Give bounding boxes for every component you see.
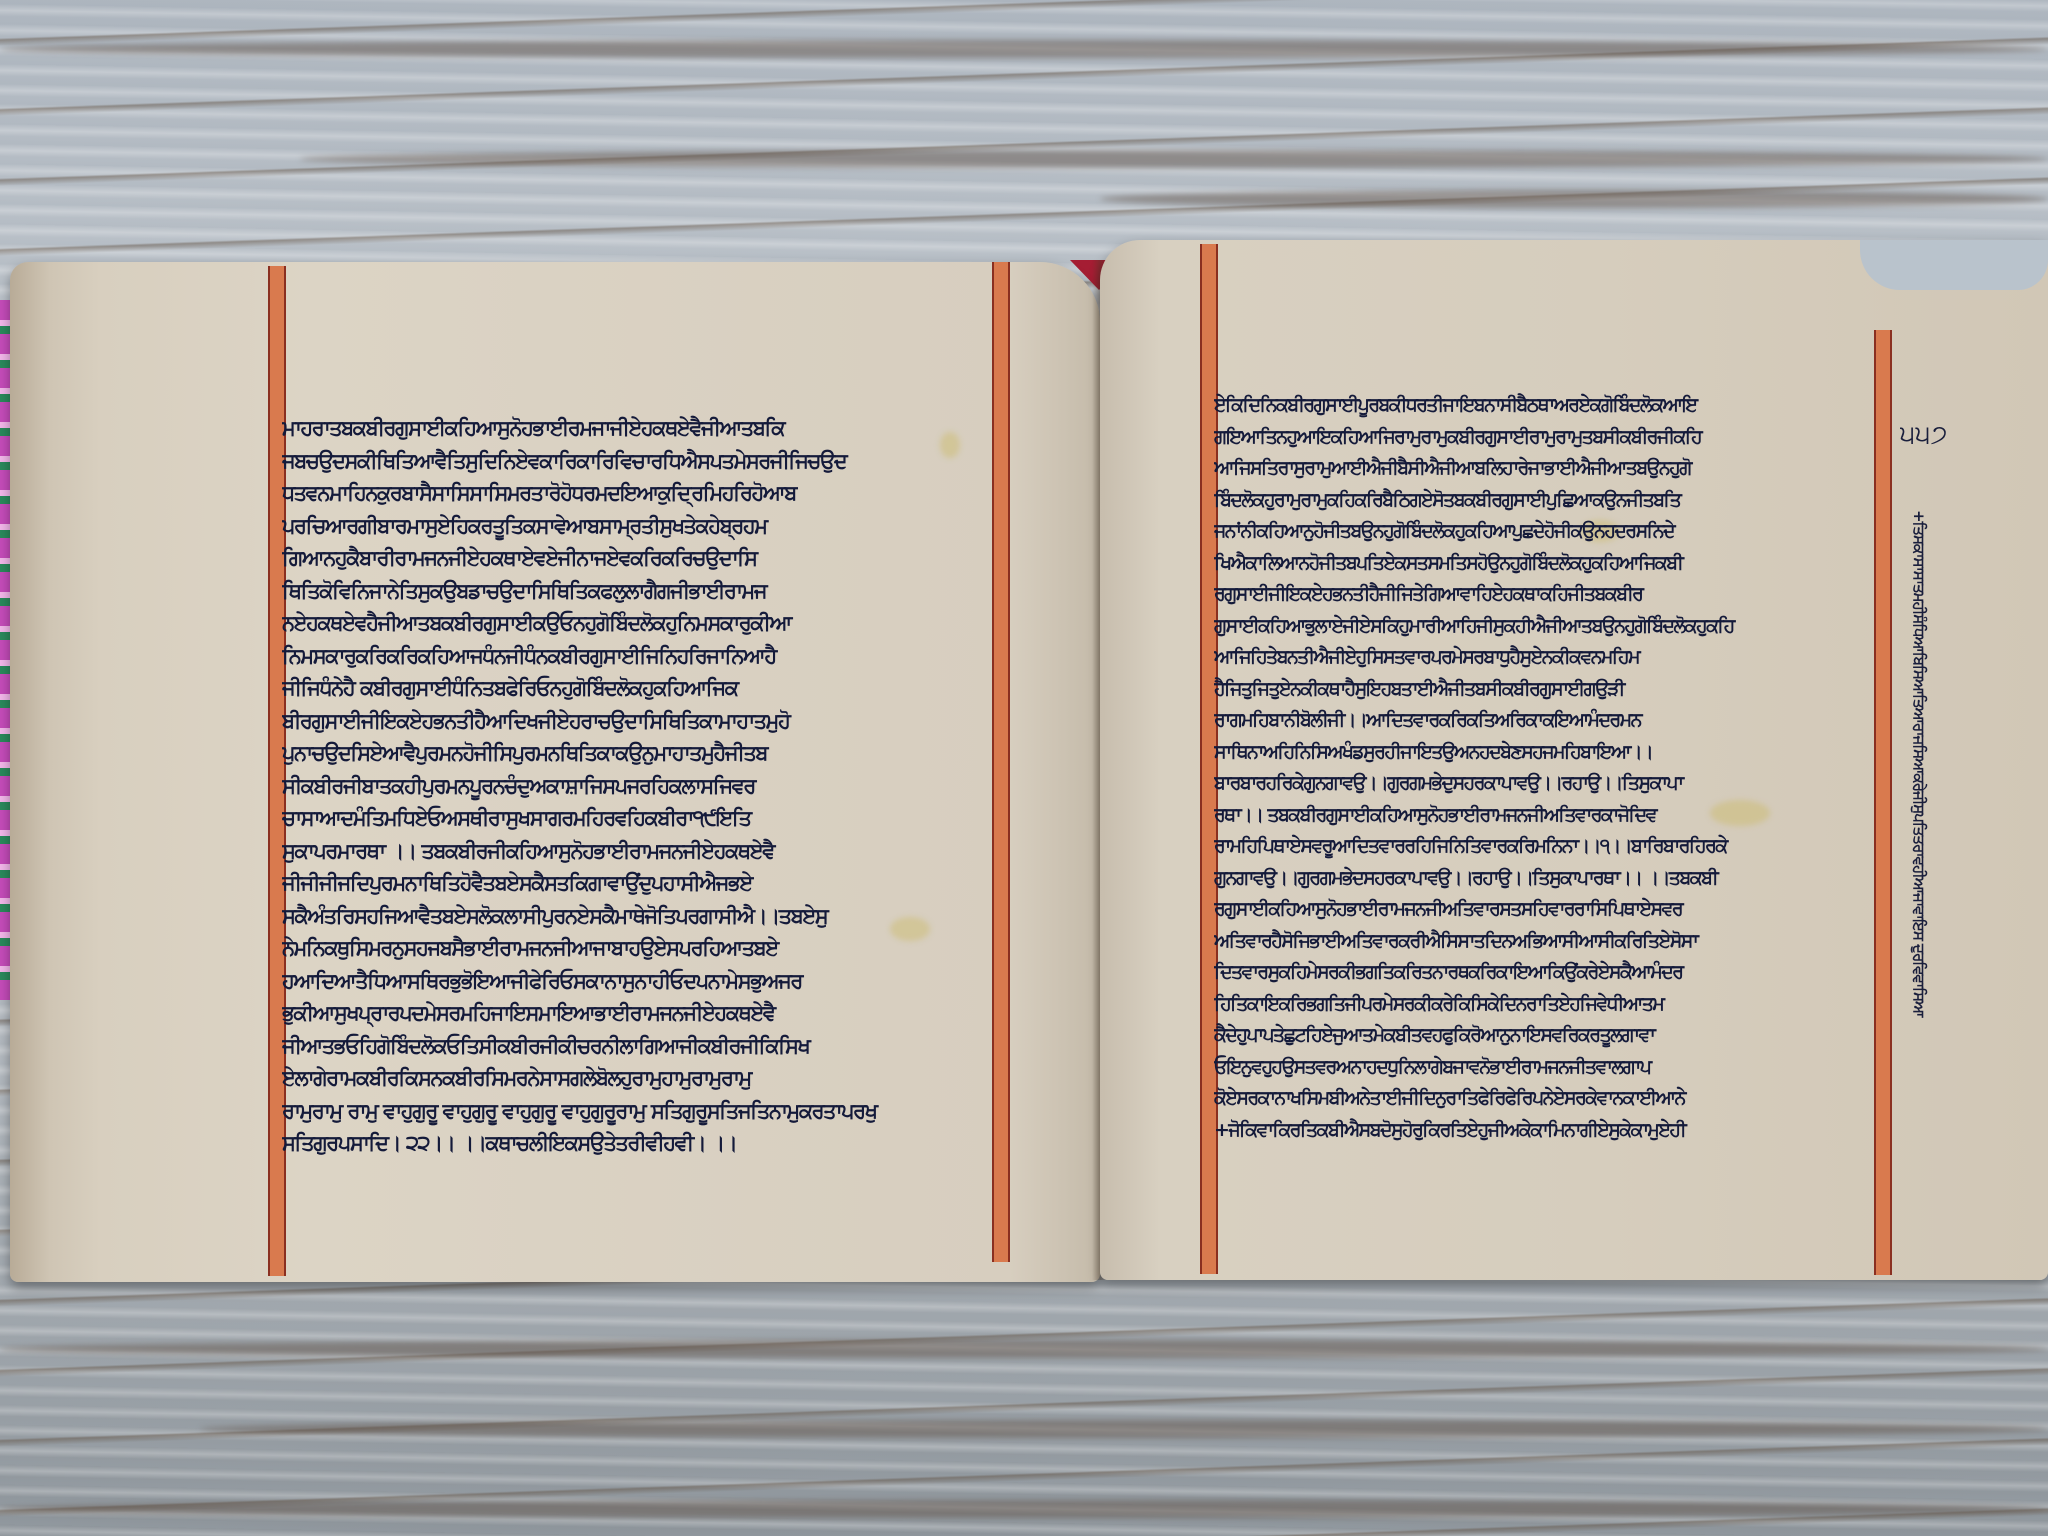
text-line: ਸਤਿਗੁਰਪਸਾਦਿ। ੨੨।। ।।ਕਥਾਚਲੀਇਕਸਉਤੇਤਰੀਵੀਹਵੀ…	[282, 1127, 1002, 1160]
right-page-text: ਏਕਿਦਿਨਿਕਬੀਰਗੁਸਾਈਪੂਰਬਕੀਧਰਤੀਜਾਇਬਨਾਸੀਬੈਠਥਾਅ…	[1214, 390, 1874, 1146]
text-line: ਰਾਮਹਿਪਿਥਾਏਸਵਰੂਆਦਿਤਵਾਰਰਹਿਜਿਨਿਤਿਵਾਰਕਰਿਮਨਿਨ…	[1214, 831, 1874, 863]
text-line: ਓਇਨੁਵਹੁਹਉਸਤਵਰਅਨਾਹਦਧੁਨਿਲਾਗੇਬਜਾਵਨੋਭਾਈਰਾਮਜਨ…	[1214, 1052, 1874, 1084]
text-line: ਸਾਥਿਨਾਅਹਿਨਿਸਿਅਖੰਡਸੁਰਹੀਜਾਇਤਉਅਨਹਦਬੇਣਸਹਜਮਹਿ…	[1214, 737, 1874, 769]
text-line: ਏਲਾਗੇਰਾਮਕਬੀਰਕਿਸਨਕਬੀਰਸਿਮਰਨੇਸਾਸਗਲੇਬੋਲਹੁਰਾਮ…	[282, 1062, 1002, 1095]
text-line: ਜਨਾਂਨੀਕਹਿਆਨੁਹੋਜੀਤਬਉਨਹੁਗੋਬਿੰਦਲੋਕਹੁਕਹਿਆਪੁਛ…	[1214, 516, 1874, 548]
text-line: ਗਇਆਤਿਨਹੁਆਇਕਹਿਆਜਿਰਾਮੁਰਾਮੁਕਬੀਰਗੁਸਾਈਰਾਮੁਰਾਮ…	[1214, 422, 1874, 454]
text-line: ਬੀਰਗੁਸਾਈਜੀਇਕਏਹਭਨਤੀਹੈਆਦਿਖਜੀਏਹਰਾਚਉਦਾਸਿਥਿਤਿ…	[282, 705, 1002, 738]
text-line: ਕੈਦੇਹੁਪਾਪਤੇਛੁਟਹਿਏਜੁਆਤਮੇਕਬੀਤਵਹਫੁਕਿਰੋਆਨੁਨਾ…	[1214, 1020, 1874, 1052]
text-line: ਹਆਦਿਆਤੈਧਿਆਸਥਿਰਭੁਭੋਇਆਜੀਫੇਰਿਓਸਕਾਨਾਸੁਨਾਹੀਓਦ…	[282, 965, 1002, 998]
text-line: ਆਜਿਹਿਤੇਬਨਤੀਐਜੀਏਹੁਸਿਸਤਵਾਰਪਰਮੇਸਰਬਾਧੁਹੈਸੁਏਨ…	[1214, 642, 1874, 674]
text-line: ਦਿਤਵਾਰਸੁਕਹਿਮੇਸਰਕੀਭਗਤਿਕਰਿਤਨਾਰਥਕਰਿਕਾਇਆਕਿਉਂ…	[1214, 957, 1874, 989]
text-line: ਸਕੈਅੰਤਰਿਸਹਜਿਆਵੈਤਬਏਸਲੋਕਲਾਸੀਪੁਰਨਏਸਕੈਮਾਥੇਜੋ…	[282, 900, 1002, 933]
text-line: ਗੁਸਾਈਕਹਿਆਭੁਲਾਏਜੀਏਸਕਿਹੁਮਾਰੀਆਹਿਜੀਸੁਕਹੀਐਜੀਆ…	[1214, 611, 1874, 643]
wood-grain	[0, 1340, 2048, 1358]
torn-corner	[1860, 240, 2048, 290]
text-line: ਖਿਐਕਾਲਿਆਨਹੋਜੀਤਬਪਤਿਏਕਸਤਸਮਤਿਸਹੋਉਨਹੁਗੋਬਿੰਦਲ…	[1214, 548, 1874, 580]
page-number: ੫੫੭	[1900, 420, 1947, 451]
text-line: ਹੈਜਿਤੁਜਿਤੁਏਨਕੀਕਥਾਹੈਸੁਇਹਬਤਾਈਐਜੀਤਬਸੀਕਬੀਰਗੁ…	[1214, 674, 1874, 706]
text-line: ਸੁਕਾਪਰਮਾਰਥਾ ।। ਤਬਕਬੀਰਜੀਕਹਿਆਸੁਨੋਹਭਾਈਰਾਮਜਨ…	[282, 835, 1002, 868]
text-line: ਹਿਤਿਕਾਇਕਰਿਭਗਤਿਜੀਪਰਮੇਸਰਕੀਕਰੇਕਿਸਿਕੇਦਿਨਰਾਤਿ…	[1214, 989, 1874, 1021]
text-line: ਰਗੁਸਾਈਕਹਿਆਸੁਨੋਹਭਾਈਰਾਮਜਨਜੀਅਤਿਵਾਰਸਤਸਹਿਵਾਰਰ…	[1214, 894, 1874, 926]
text-line: ਆਜਿਸਤਿਰਾਸੁਰਾਮੁਆਈਐਜੀਬੈਸੀਐਜੀਆਬਲਿਹਾਰੇਜਾਭਾਈਐ…	[1214, 453, 1874, 485]
text-line: ਰਗੁਸਾਈਜੀਇਕਏਹਭਨਤੀਹੈਜੀਜਿਤੇਗਿਆਵਾਹਿਏਹਕਥਾਕਹਿਜ…	[1214, 579, 1874, 611]
text-line: +ਜੋਕਿਵਾਕਿਰਤਿਕਬੀਐਸਬਦੋਸੁਹੋਰੁਕਿਰਤਿਏਹੁਜੀਅਕੇਕ…	[1214, 1115, 1874, 1147]
open-manuscript: ਮਾਹਰਾਤਬਕਬੀਰਗੁਸਾਈਕਹਿਆਸੁਨੋਹਭਾਈਰਮਜਾਜੀਏਹਕਥਏਵ…	[10, 240, 2048, 1290]
text-line: ਚਾਸਾਆਦਮੰਤਿਮਧਿਏਓਅਸਥੀਰਾਸੁਖਸਾਗਰਮਹਿਰਵਹਿਕਬੀਰਾ…	[282, 802, 1002, 835]
wood-grain	[200, 1420, 2048, 1438]
text-line: ਬਾਰਬਾਰਹਰਿਕੇਗੁਨਗਾਵਉ।।ਗੁਰਗਮਭੇਦੁਸਹਰਕਾਪਾਵਉ।।…	[1214, 768, 1874, 800]
text-line: ਥਿਤਿਕੋਵਿਨਿਜਾਨੇਤਿਸੁਕਉਬਡਾਚਉਦਾਸਿਥਿਤਿਕਫਲੁਲਾਗ…	[282, 575, 1002, 608]
left-page: ਮਾਹਰਾਤਬਕਬੀਰਗੁਸਾਈਕਹਿਆਸੁਨੋਹਭਾਈਰਮਜਾਜੀਏਹਕਥਏਵ…	[10, 262, 1100, 1282]
text-line: ਭੁਕੀਆਸੁਖਪ੍ਰਾਰਪਦਮੇਸਰਮਹਿਜਾਇਸਮਾਇਆਭਾਈਰਾਮਜਨਜੀ…	[282, 997, 1002, 1030]
text-line: ਜੀਆਤਭਓਹਿਗੋਬਿੰਦਲੋਕਓਤਿਸੀਕਬੀਰਜੀਕੀਚਰਨੀਲਾਗਿਆਜ…	[282, 1030, 1002, 1063]
margin-side-note: +ਤਿਸਕਾਸਾਸਾਤਮਹੀਸੰਧਿਆਬਿਸਿਆਤਿਆਰਾਜਸਿਆਕਰੇਜੀਸੁ…	[1910, 510, 1928, 1016]
left-page-text: ਮਾਹਰਾਤਬਕਬੀਰਗੁਸਾਈਕਹਿਆਸੁਨੋਹਭਾਈਰਮਜਾਜੀਏਹਕਥਏਵ…	[282, 412, 1002, 1160]
text-line: ਨੇਮਨਿਕਥੁਸਿਮਰਨੁਸਹਜਬਸੈਭਾਈਰਾਮਜਨਜੀਆਜਾਬਾਹਉਏਸਪ…	[282, 932, 1002, 965]
text-line: ਏਕਿਦਿਨਿਕਬੀਰਗੁਸਾਈਪੂਰਬਕੀਧਰਤੀਜਾਇਬਨਾਸੀਬੈਠਥਾਅ…	[1214, 390, 1874, 422]
text-line: ਪਰਚਿਆਰਗੀਬਾਰਮਾਸੁਏਹਿਕਰਤੂਤਿਕਸਾਵੇਆਬਸਾਮ੍ਰਤੀਸੁ…	[282, 510, 1002, 543]
wood-grain	[300, 150, 2048, 168]
text-line: ਪੁਨਾਚਉਦਸਿਏਆਵੈਪੁਰਮਨਹੋਜੀਸਿਪੁਰਮਨਥਿਤਿਕਾਕਉਨੁਮ…	[282, 737, 1002, 770]
wood-grain	[0, 40, 2048, 58]
text-line: ਰਾਗਮਹਿਬਾਨੀਬੋਲੀਜੀ।।ਆਦਿਤਵਾਰਕਰਿਕਤਿਅਰਿਕਾਕਇਆਮ…	[1214, 705, 1874, 737]
text-line: ਅਤਿਵਾਰਹੈਸੋਜਿਭਾਈਅਤਿਵਾਰਕਰੀਐਸਿਸਾਤਦਿਨਅਭਿਆਸੀਆ…	[1214, 926, 1874, 958]
right-page: ੫੫੭ ਏਕਿਦਿਨਿਕਬੀਰਗੁਸਾਈਪੂਰਬਕੀਧਰਤੀਜਾਇਬਨਾਸੀਬੈ…	[1100, 240, 2048, 1280]
text-line: ਮਾਹਰਾਤਬਕਬੀਰਗੁਸਾਈਕਹਿਆਸੁਨੋਹਭਾਈਰਮਜਾਜੀਏਹਕਥਏਵ…	[282, 412, 1002, 445]
right-margin-rule	[1874, 330, 1892, 1275]
text-line: ਸੀਕਬੀਰਜੀਬਾਤਕਹੀਪੁਰਮਨਪੂਰਨਚੰਦੁਅਕਾਸ਼ਾਜਿਸਪਜਰਹ…	[282, 770, 1002, 803]
text-line: ਬਿੰਦਲੋਕਹੁਰਾਮੁਰਾਮੁਕਹਿਕਰਿਬੈਠਿਗਏਸੋਤਬਕਬੀਰਗੁਸ…	[1214, 485, 1874, 517]
text-line: ਨਏਹਕਥਏਵਹੈਜੀਆਤਬਕਬੀਰਗੁਸਾਈਕਉਓਨਹੁਗੋਬਿੰਦਲੋਕਹੁ…	[282, 607, 1002, 640]
wood-grain	[0, 1500, 2048, 1518]
wood-grain	[1100, 190, 2048, 208]
text-line: ਨਿਮਸਕਾਰੁਕਰਿਕਰਿਕਹਿਆਜਧੰਨਜੀਧੰਨਕਬੀਰਗੁਸਾਈਜਿਨਿ…	[282, 640, 1002, 673]
text-line: ਰਾਮੁਰਾਮੁ ਰਾਮੁ ਵਾਹੁਗੁਰੂ ਵਾਹੁਗੁਰੂ ਵਾਹੁਗੁਰੂ…	[282, 1095, 1002, 1128]
text-line: ਕੋਏਸਰਕਾਨਾਖਸਿਮਬੀਅਨੇਤਾਈਜੀਦਿਨੁਰਾਤਿਫੇਰਿਫੇਰਿਪ…	[1214, 1083, 1874, 1115]
text-line: ਜਬਚਉਦਸਕੀਥਿਤਿਆਵੈਤਿਸੁਦਿਨਿਏਵਕਾਰਿਕਾਰਿਵਿਚਾਰਧਿ…	[282, 445, 1002, 478]
text-line: ਰਥਾ।। ਤਬਕਬੀਰਗੁਸਾਈਕਹਿਆਸੁਨੋਹਭਾਈਰਾਮਜਨਜੀਅਤਿਵ…	[1214, 800, 1874, 832]
text-line: ਗਿਆਨਹੁਕੈਬਾਰੀਰਾਮਜਨਜੀਏਹਕਥਾਏਵਏਜੀਨਾਜਏਵਕਰਿਕਰਿ…	[282, 542, 1002, 575]
text-line: ਜੀਜਿਧੰਨੇਹੈ ਕਬੀਰਗੁਸਾਈਧੰਨਿਤਬਫੇਰਿਓਨਹੁਗੋਬਿੰਦ…	[282, 672, 1002, 705]
text-line: ਜੀਜੀਜੀਜਦਿਪੁਰਮਨਾਥਿਤਿਹੋਵੈਤਬਏਸਕੈਸਤਕਿਗਾਵਾਉਂਦ…	[282, 867, 1002, 900]
text-line: ਧਤਵਨਮਾਹਿਨਕੁਰਬਾਸੈਸਾਸਿਸਾਸਿਮਰਤਾਰੋਹੋਧਰਮਦਇਆਕੁ…	[282, 477, 1002, 510]
text-line: ਗੁਨਗਾਵਉ।।ਗੁਰਗਮਭੇਦਸਹਰਕਾਪਾਵਉ।।ਰਹਾਉ।।ਤਿਸੁਕਾ…	[1214, 863, 1874, 895]
